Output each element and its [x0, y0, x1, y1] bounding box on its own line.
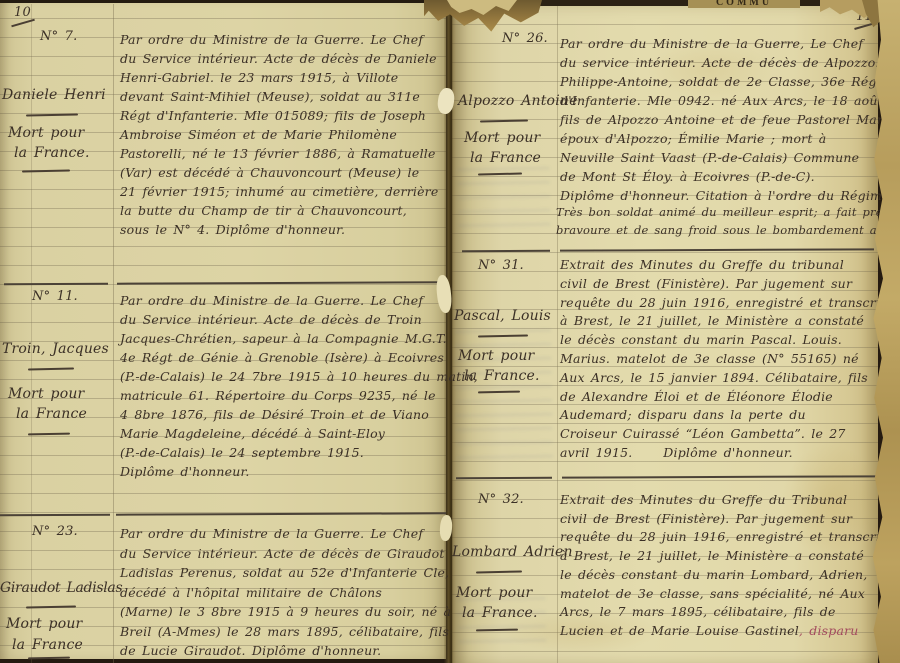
margin-mort-line: la France [470, 150, 541, 166]
entry-body: Par ordre du Ministre de la Guerre. Le C… [120, 30, 444, 239]
entry-number: N° 23. [32, 524, 78, 539]
body-line: (P.-de-Calais) le 24 7bre 1915 à 10 heur… [120, 367, 444, 386]
header-text-fragment: COMMU [688, 0, 800, 8]
body-line: Extrait des Minutes du Greffe du Tribuna… [560, 491, 878, 510]
margin-dash [28, 657, 70, 660]
entry-body: Par ordre du Ministre de la Guerre, Le C… [560, 34, 878, 205]
body-line: du Service intérieur. Acte de décès de D… [120, 49, 444, 68]
margin-name: Daniele Henri [2, 87, 106, 103]
margin-mort-line: Mort pour [458, 348, 534, 364]
body-line: 4 8bre 1876, fils de Désiré Troin et de … [120, 405, 444, 424]
ink-bleed-ghost [457, 167, 550, 229]
body-line: sous le N° 4. Diplôme d'honneur. [120, 220, 444, 239]
body-line: Croiseur Cuirassé “Léon Gambetta”. le 27 [560, 425, 878, 444]
body-line: Ladislas Perenus, soldat au 52e d'Infant… [120, 563, 444, 583]
margin-mort-line: la France [16, 406, 87, 422]
body-line: décédé à l'hôpital militaire de Châlons [120, 583, 444, 603]
citation-line: bravoure et de sang froid sous le bombar… [556, 221, 878, 239]
margin-mort-line: Mort pour [8, 386, 84, 402]
body-line: Henri-Gabriel. le 23 mars 1915, à Villot… [120, 68, 444, 87]
entry-number: N° 7. [40, 29, 77, 44]
body-line: Extrait des Minutes du Greffe du tribuna… [560, 256, 878, 275]
body-line: Par ordre du Ministre de la Guerre. Le C… [120, 291, 444, 310]
margin-mort-line: Mort pour [8, 125, 84, 141]
red-ink-annotation: , disparu [799, 623, 859, 638]
body-line: du Service intérieur. Acte de décès de T… [120, 310, 444, 329]
body-line: Pastorelli, né le 13 février 1886, à Ram… [120, 144, 444, 163]
margin-name: Troin, Jacques [2, 341, 109, 357]
page-number: 10 [14, 5, 31, 20]
body-line: de Alexandre Éloi et de Éléonore Élodie [560, 388, 878, 407]
margin-mort-line: Mort pour [456, 585, 532, 601]
torn-paper-fragment: COMMU [688, 0, 800, 8]
body-line: civil de Brest (Finistère). Par jugement… [560, 510, 878, 529]
body-line: matricule 61. Répertoire du Corps 9235, … [120, 386, 444, 405]
body-line: Arcs, le 7 mars 1895, célibataire, fils … [560, 603, 878, 622]
body-line: de Lucie Giraudot. Diplôme d'honneur. [120, 641, 444, 661]
body-line: fils de Alpozzo Antoine et de feue Pasto… [560, 110, 878, 129]
entry-body: Extrait des Minutes du Greffe du tribuna… [560, 256, 878, 463]
body-line: avril 1915. Diplôme d'honneur. [560, 444, 878, 463]
body-line: Neuville Saint Vaast (P.-de-Calais) Comm… [560, 148, 878, 167]
entry-body: Par ordre du Ministre de la Guerre. Le C… [120, 524, 444, 661]
margin-name: Pascal, Louis [454, 308, 551, 324]
body-line: devant Saint-Mihiel (Meuse), soldat au 3… [120, 87, 444, 106]
entry-number: N° 32. [478, 492, 524, 507]
body-line: Par ordre du Ministre de la Guerre, Le C… [560, 34, 878, 53]
margin-mort-line: la France [12, 637, 83, 653]
margin-mort-line: la France. [14, 145, 90, 161]
body-line: du service intérieur. Acte de décès de A… [560, 53, 878, 72]
entry-number: N° 11. [32, 289, 78, 304]
body-line: à Brest, le 21 juillet, le Ministère a c… [560, 312, 878, 331]
entry-body: Par ordre du Ministre de la Guerre. Le C… [120, 291, 444, 481]
body-line: Ambroise Siméon et de Marie Philomène [120, 125, 444, 144]
body-line: Diplôme d'honneur. [120, 462, 444, 481]
margin-rule [113, 4, 114, 663]
body-line: à Brest, le 21 juillet, le Ministère a c… [560, 547, 878, 566]
margin-mort-line: la France. [462, 605, 538, 621]
body-line: civil de Brest (Finistère). Par jugement… [560, 275, 878, 294]
body-line: époux d'Alpozzo; Émilie Marie ; mort à [560, 129, 878, 148]
body-line: Breil (A-Mmes) le 28 mars 1895, célibata… [120, 622, 444, 642]
entry-number: N° 26. [502, 31, 548, 46]
citation-line: Très bon soldat animé du meilleur esprit… [556, 203, 878, 221]
body-line: la butte du Champ de tir à Chauvoncourt, [120, 201, 444, 220]
body-line-text: Lucien et de Marie Louise Gastinel [560, 623, 799, 638]
body-line: le décès constant du marin Lombard, Adri… [560, 566, 878, 585]
citation-block: Très bon soldat animé du meilleur esprit… [556, 203, 878, 239]
body-line: Audemard; disparu dans la perte du [560, 406, 878, 425]
body-line: Par ordre du Ministre de la Guerre. Le C… [120, 30, 444, 49]
body-line: 4e Régt de Génie à Grenoble (Isère) à Ec… [120, 348, 444, 367]
body-line: (Var) est décédé à Chauvoncourt (Meuse) … [120, 163, 444, 182]
body-line: Régt d'Infanterie. Mle 015089; fils de J… [120, 106, 444, 125]
body-line: de Mont St Éloy. à Ecoivres (P.-de-C). [560, 167, 878, 186]
margin-mort-line: Mort pour [464, 130, 540, 146]
margin-name: Giraudot Ladislas [0, 580, 122, 596]
body-line: requête du 28 juin 1916, enregistré et t… [560, 294, 878, 313]
body-line: Marius. matelot de 3e classe (N° 55165) … [560, 350, 878, 369]
body-line: du Service intérieur. Acte de décès de G… [120, 544, 444, 564]
body-line: (P.-de-Calais) le 24 septembre 1915. [120, 443, 444, 462]
body-line: le décès constant du marin Pascal. Louis… [560, 331, 878, 350]
body-line: requête du 28 juin 1916, enregistré et t… [560, 528, 878, 547]
entry-body: Extrait des Minutes du Greffe du Tribuna… [560, 491, 878, 641]
margin-mort-line: Mort pour [6, 616, 82, 632]
body-line: Par ordre du Ministre de la Guerre. Le C… [120, 524, 444, 544]
entry-number: N° 31. [478, 258, 524, 273]
margin-mort-line: la France. [464, 368, 540, 384]
body-line: Aux Arcs, le 15 janvier 1894. Célibatair… [560, 369, 878, 388]
body-line: Marie Magdeleine, décédé à Saint-Eloy [120, 424, 444, 443]
body-line: Jacques-Chrétien, sapeur à la Compagnie … [120, 329, 444, 348]
body-line: Philippe-Antoine, soldat de 2e Classe, 3… [560, 72, 878, 91]
scanned-register-spread: 10 N° 7. Daniele Henri Mort pour la Fran… [0, 0, 900, 663]
body-line: (Marne) le 3 8bre 1915 à 9 heures du soi… [120, 602, 444, 622]
body-line: Lucien et de Marie Louise Gastinel, disp… [560, 622, 878, 641]
margin-name: Lombard Adrien [452, 544, 573, 560]
body-line: d'Infanterie. Mle 0942. né Aux Arcs, le … [560, 91, 878, 110]
body-line: matelot de 3e classe, sans spécialité, n… [560, 585, 878, 604]
body-line: 21 février 1915; inhumé au cimetière, de… [120, 182, 444, 201]
